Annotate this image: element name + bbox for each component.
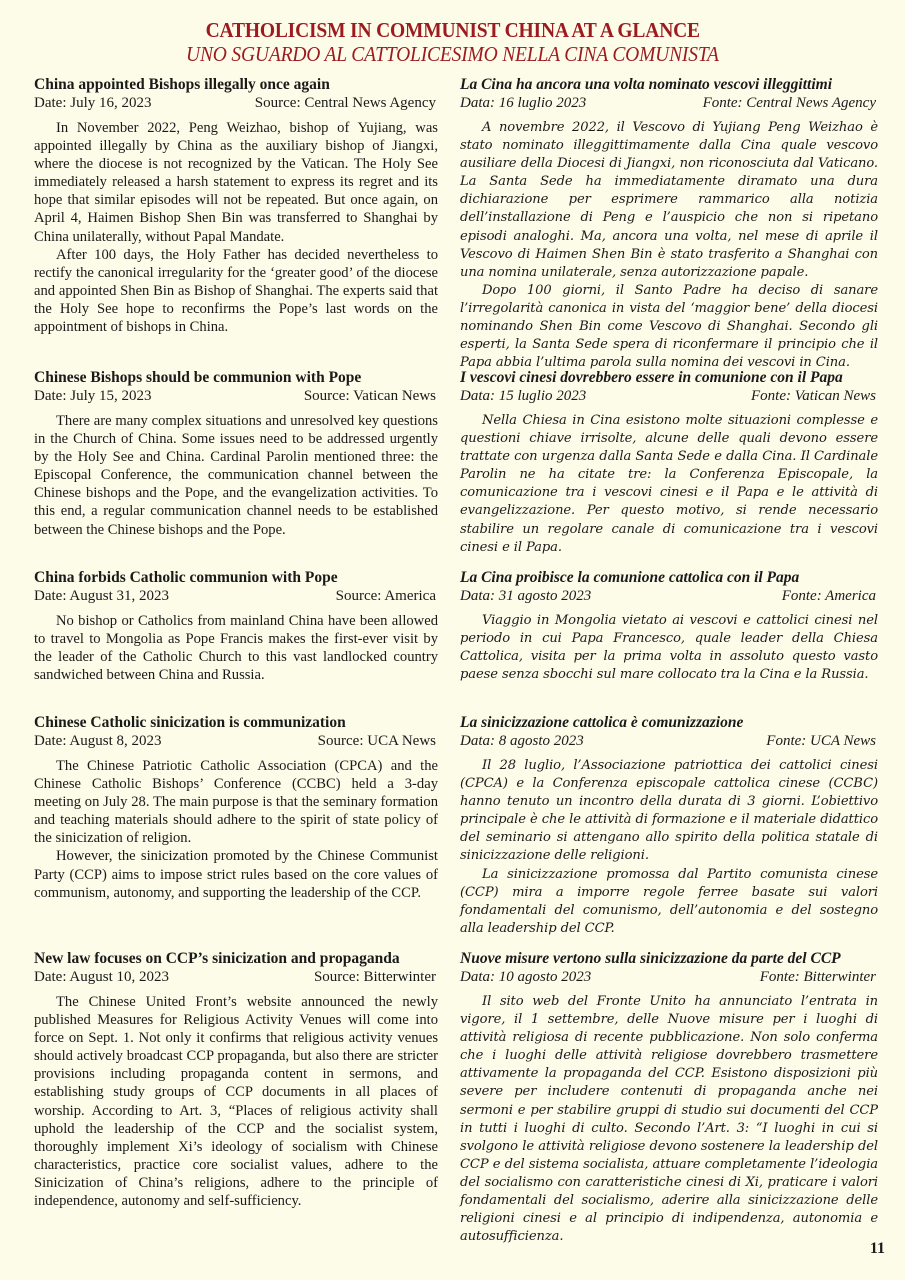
article-body: The Chinese United Front’s website annou… [34, 993, 438, 1210]
paragraph: However, the sinicization promoted by th… [34, 847, 438, 901]
paragraph: A novembre 2022, il Vescovo di Yujiang P… [460, 119, 878, 282]
article-it-4: La sinicizzazione cattolica è comunizzaz… [460, 714, 878, 938]
paragraph: Viaggio in Mongolia vietato ai vescovi e… [460, 612, 878, 684]
article-en-3: China forbids Catholic communion with Po… [34, 569, 438, 684]
paragraph: Nella Chiesa in Cina esistono molte situ… [460, 412, 878, 557]
article-date: Data: 15 luglio 2023 [460, 387, 586, 406]
article-source: Fonte: UCA News [766, 732, 876, 751]
article-source: Fonte: America [782, 587, 876, 606]
article-title: La Cina proibisce la comunione cattolica… [460, 569, 878, 587]
article-title: La sinicizzazione cattolica è comunizzaz… [460, 714, 878, 732]
article-source: Source: Vatican News [304, 387, 436, 406]
paragraph: After 100 days, the Holy Father has deci… [34, 246, 438, 336]
article-title: La Cina ha ancora una volta nominato ves… [460, 76, 878, 94]
article-date: Date: August 10, 2023 [34, 968, 169, 987]
paragraph: The Chinese United Front’s website annou… [34, 993, 438, 1210]
article-en-1: China appointed Bishops illegally once a… [34, 76, 438, 336]
article-en-5: New law focuses on CCP’s sinicization an… [34, 950, 438, 1210]
article-title: I vescovi cinesi dovrebbero essere in co… [460, 369, 878, 387]
article-title: China appointed Bishops illegally once a… [34, 76, 438, 94]
article-title: China forbids Catholic communion with Po… [34, 569, 438, 587]
article-date: Date: July 16, 2023 [34, 94, 152, 113]
article-body: No bishop or Catholics from mainland Chi… [34, 612, 438, 684]
page-header: CATHOLICISM IN COMMUNIST CHINA AT A GLAN… [0, 18, 905, 66]
page-number: 11 [870, 1240, 885, 1258]
article-body: A novembre 2022, il Vescovo di Yujiang P… [460, 119, 878, 372]
paragraph: There are many complex situations and un… [34, 412, 438, 539]
paragraph: Il sito web del Fronte Unito ha annuncia… [460, 993, 878, 1246]
paragraph: Dopo 100 giorni, il Santo Padre ha decis… [460, 282, 878, 372]
article-source: Fonte: Vatican News [751, 387, 876, 406]
article-body: Il sito web del Fronte Unito ha annuncia… [460, 993, 878, 1246]
article-source: Source: Central News Agency [255, 94, 436, 113]
article-date: Data: 10 agosto 2023 [460, 968, 591, 987]
page-title-italian: UNO SGUARDO AL CATTOLICESIMO NELLA CINA … [186, 42, 719, 66]
article-title: New law focuses on CCP’s sinicization an… [34, 950, 438, 968]
paragraph: In November 2022, Peng Weizhao, bishop o… [34, 119, 438, 246]
article-date: Date: July 15, 2023 [34, 387, 152, 406]
article-body: The Chinese Patriotic Catholic Associati… [34, 757, 438, 902]
article-it-1: La Cina ha ancora una volta nominato ves… [460, 76, 878, 372]
page-title-english: CATHOLICISM IN COMMUNIST CHINA AT A GLAN… [205, 18, 699, 42]
article-source: Fonte: Central News Agency [703, 94, 876, 113]
article-en-2: Chinese Bishops should be communion with… [34, 369, 438, 539]
article-source: Source: America [336, 587, 436, 606]
article-date: Data: 8 agosto 2023 [460, 732, 584, 751]
article-title: Chinese Catholic sinicization is communi… [34, 714, 438, 732]
paragraph: Il 28 luglio, l’Associazione patriottica… [460, 757, 878, 866]
article-body: Viaggio in Mongolia vietato ai vescovi e… [460, 612, 878, 684]
article-body: There are many complex situations and un… [34, 412, 438, 539]
article-source: Source: UCA News [318, 732, 436, 751]
article-body: In November 2022, Peng Weizhao, bishop o… [34, 119, 438, 336]
article-title: Chinese Bishops should be communion with… [34, 369, 438, 387]
article-it-2: I vescovi cinesi dovrebbero essere in co… [460, 369, 878, 557]
paragraph: No bishop or Catholics from mainland Chi… [34, 612, 438, 684]
paragraph: La sinicizzazione promossa dal Partito c… [460, 866, 878, 938]
article-date: Data: 16 luglio 2023 [460, 94, 586, 113]
article-body: Nella Chiesa in Cina esistono molte situ… [460, 412, 878, 557]
article-date: Date: August 31, 2023 [34, 587, 169, 606]
paragraph: The Chinese Patriotic Catholic Associati… [34, 757, 438, 847]
article-it-5: Nuove misure vertono sulla sinicizzazion… [460, 950, 878, 1246]
article-source: Fonte: Bitterwinter [760, 968, 876, 987]
article-body: Il 28 luglio, l’Associazione patriottica… [460, 757, 878, 938]
article-source: Source: Bitterwinter [314, 968, 436, 987]
article-en-4: Chinese Catholic sinicization is communi… [34, 714, 438, 902]
article-title: Nuove misure vertono sulla sinicizzazion… [460, 950, 878, 968]
article-date: Date: August 8, 2023 [34, 732, 162, 751]
article-it-3: La Cina proibisce la comunione cattolica… [460, 569, 878, 684]
article-date: Data: 31 agosto 2023 [460, 587, 591, 606]
